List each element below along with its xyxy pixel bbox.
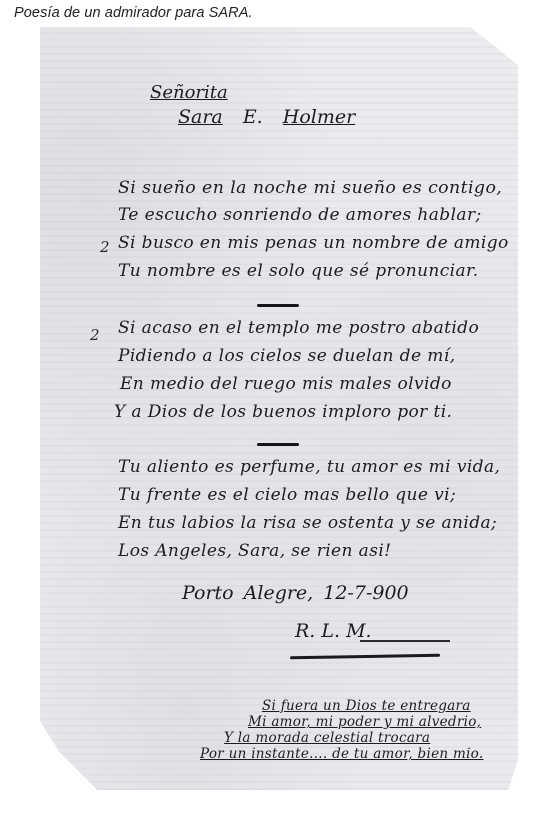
stanza-1-margin-mark: 2 [100,238,110,256]
stanza-divider-2 [257,443,299,446]
stanza-1-line-2: Te escucho sonriendo de amores hablar; [118,205,482,225]
signature: R. L. M. [295,620,372,642]
document-caption: Poesía de un admirador para SARA. [14,5,253,21]
stanza-2-line-1: Si acaso en el templo me postro abatido [118,318,479,338]
stanza-1-line-4: Tu nombre es el solo que sé pronunciar. [118,261,479,281]
stanza-2-margin-mark: 2 [90,326,100,344]
recipient-last-name: Holmer [283,106,355,128]
stanza-2-line-4: Y a Dios de los buenos imploro por ti. [114,402,452,422]
stanza-3-line-2: Tu frente es el cielo mas bello que vi; [118,485,456,505]
signature-flourish [360,640,450,642]
recipient-name: Sara E. Holmer [178,106,355,128]
stanza-1-line-1: Si sueño en la noche mi sueño es contigo… [118,178,502,198]
postscript-line-4: Por un instante.... de tu amor, bien mio… [200,746,483,762]
place-and-date: Porto Alegre, 12-7-900 [182,582,409,604]
salutation: Señorita [150,82,228,103]
stanza-2-line-3: En medio del ruego mis males olvido [120,374,452,394]
stanza-3-line-4: Los Angeles, Sara, se rien asi! [118,541,391,561]
postscript-line-3: Y la morada celestial trocara [224,730,430,746]
stanza-2-line-2: Pidiendo a los cielos se duelan de mí, [118,346,455,366]
postscript-line-2: Mi amor, mi poder y mi alvedrio, [248,714,481,730]
stanza-3-line-1: Tu aliento es perfume, tu amor es mi vid… [118,457,500,477]
stanza-divider-1 [257,304,299,307]
recipient-initial: E. [243,106,263,128]
recipient-first-name: Sara [178,106,223,128]
stanza-1-line-3: Si busco en mis penas un nombre de amigo [118,233,509,253]
postscript-line-1: Si fuera un Dios te entregara [262,698,471,714]
stanza-3-line-3: En tus labios la risa se ostenta y se an… [118,513,497,533]
